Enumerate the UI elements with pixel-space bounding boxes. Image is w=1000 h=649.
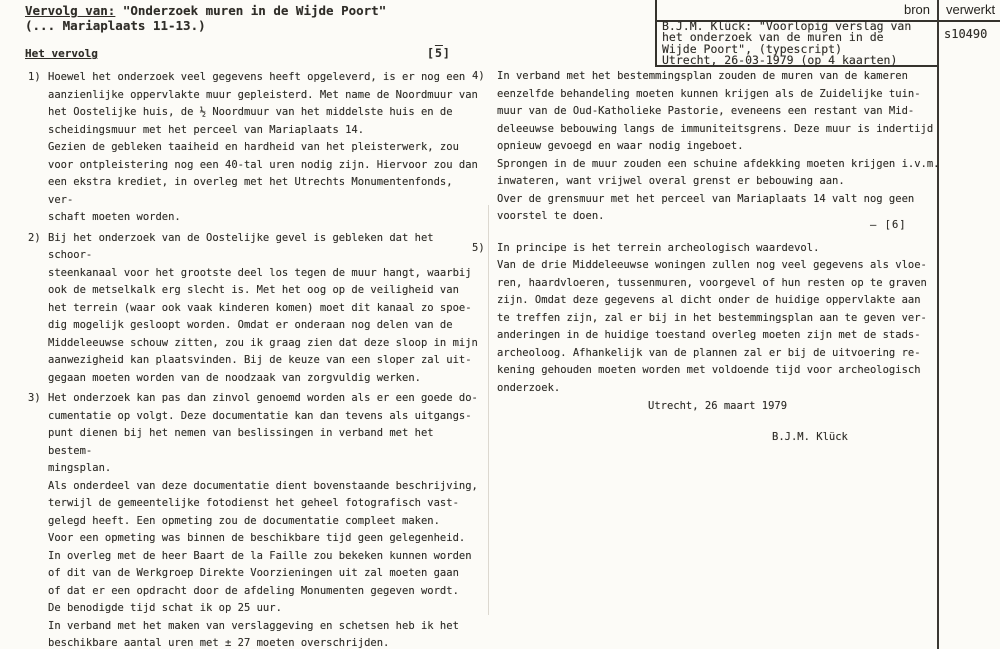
scanned-document-page: Vervolg van: "Onderzoek muren in de Wijd…	[0, 0, 1000, 649]
document-title: Vervolg van: "Onderzoek muren in de Wijd…	[25, 3, 386, 33]
numbered-item-2: 2) Bij het onderzoek van de Oostelijke g…	[28, 230, 480, 388]
page-marker-6: — [6]	[870, 219, 907, 231]
title-text: "Onderzoek muren in de Wijde Poort"	[115, 3, 386, 18]
page-marker-5: [5]	[427, 46, 451, 60]
column-header-bron: bron	[660, 2, 930, 17]
section-heading: Het vervolg	[25, 47, 98, 60]
item-text: Het onderzoek kan pas dan zinvol genoemd…	[48, 390, 480, 649]
numbered-item-4: 4) In verband met het bestemmingsplan zo…	[472, 68, 950, 226]
closing-place-date: Utrecht, 26 maart 1979	[648, 400, 787, 412]
item-number: 5)	[472, 240, 497, 258]
item-text: In principe is het terrein archeologisch…	[497, 240, 950, 398]
item-number: 4)	[472, 68, 497, 86]
item-text: In verband met het bestemmingsplan zoude…	[497, 68, 950, 226]
bracket-close: ]	[443, 46, 451, 60]
item-number: 2)	[28, 230, 48, 248]
item-text: Bij het onderzoek van de Oostelijke geve…	[48, 230, 480, 388]
item-number: 3)	[28, 390, 48, 408]
left-column: 1) Hoewel het onderzoek veel gegevens he…	[28, 69, 480, 649]
right-column: 4) In verband met het bestemmingsplan zo…	[472, 68, 950, 397]
signature-name: B.J.M. Klück	[772, 431, 848, 443]
item-number: 1)	[28, 69, 48, 87]
title-continuation-label: Vervolg van:	[25, 3, 115, 18]
archive-code: s10490	[944, 27, 987, 41]
numbered-item-3: 3) Het onderzoek kan pas dan zinvol geno…	[28, 390, 480, 649]
form-box-left-rule	[655, 0, 657, 66]
item-text: Hoewel het onderzoek veel gegevens heeft…	[48, 69, 480, 227]
card-number: 5	[435, 46, 443, 60]
column-header-verwerkt: verwerkt	[946, 2, 995, 17]
title-line2: (... Mariaplaats 11-13.)	[25, 18, 206, 33]
source-citation: B.J.M. Klück: "Voorlopig verslag van het…	[662, 21, 938, 67]
numbered-item-5: 5) In principe is het terrein archeologi…	[472, 240, 950, 398]
numbered-item-1: 1) Hoewel het onderzoek veel gegevens he…	[28, 69, 480, 227]
bracket-open: [	[427, 46, 435, 60]
